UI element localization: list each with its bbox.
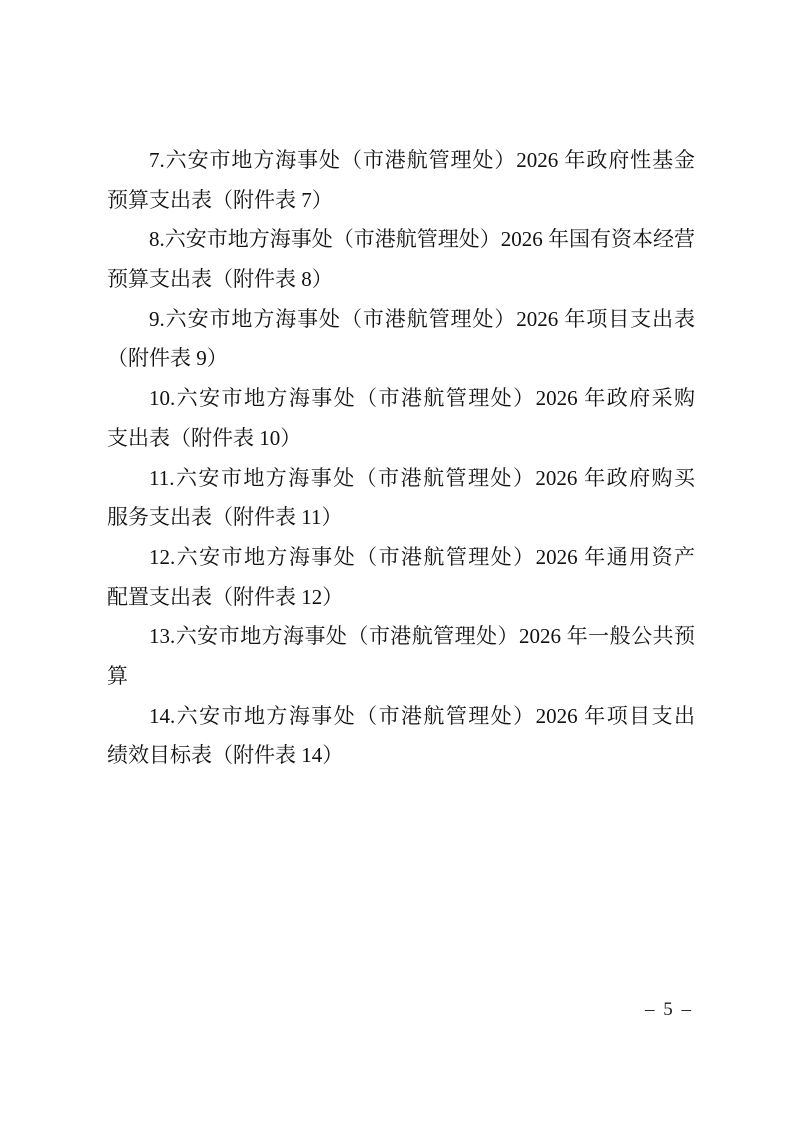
item-second-line: 预算支出表（附件表 8） xyxy=(107,260,695,300)
item-first-line: 7.六安市地方海事处（市港航管理处）2026 年政府性基金 xyxy=(107,141,695,181)
attachment-item-10: 10.六安市地方海事处（市港航管理处）2026 年政府采购 支出表（附件表 10… xyxy=(107,379,695,458)
item-second-line: 配置支出表（附件表 12） xyxy=(107,578,695,618)
page-number: – 5 – xyxy=(645,999,693,1021)
item-second-line: 服务支出表（附件表 11） xyxy=(107,498,695,538)
attachment-item-7: 7.六安市地方海事处（市港航管理处）2026 年政府性基金 预算支出表（附件表 … xyxy=(107,141,695,220)
item-first-line: 10.六安市地方海事处（市港航管理处）2026 年政府采购 xyxy=(107,379,695,419)
item-second-line: （附件表 9） xyxy=(107,339,695,379)
item-second-line: 预算支出表（附件表 7） xyxy=(107,181,695,221)
attachment-item-13: 13.六安市地方海事处（市港航管理处）2026 年一般公共预算 “三公”经费支出… xyxy=(107,617,695,696)
item-first-line: 14.六安市地方海事处（市港航管理处）2026 年项目支出 xyxy=(107,697,695,737)
attachment-item-11: 11.六安市地方海事处（市港航管理处）2026 年政府购买 服务支出表（附件表 … xyxy=(107,459,695,538)
item-first-line: 11.六安市地方海事处（市港航管理处）2026 年政府购买 xyxy=(107,459,695,499)
attachment-item-12: 12.六安市地方海事处（市港航管理处）2026 年通用资产 配置支出表（附件表 … xyxy=(107,538,695,617)
attachment-item-9: 9.六安市地方海事处（市港航管理处）2026 年项目支出表 （附件表 9） xyxy=(107,300,695,379)
item-second-line: 绩效目标表（附件表 14） xyxy=(107,736,695,776)
document-page: 7.六安市地方海事处（市港航管理处）2026 年政府性基金 预算支出表（附件表 … xyxy=(0,0,793,1122)
item-first-line: 12.六安市地方海事处（市港航管理处）2026 年通用资产 xyxy=(107,538,695,578)
item-first-line: 9.六安市地方海事处（市港航管理处）2026 年项目支出表 xyxy=(107,300,695,340)
item-second-line: 支出表（附件表 10） xyxy=(107,419,695,459)
item-first-line: 8.六安市地方海事处（市港航管理处）2026 年国有资本经营 xyxy=(107,220,695,260)
item-first-line: 13.六安市地方海事处（市港航管理处）2026 年一般公共预算 xyxy=(107,617,695,696)
attachment-item-8: 8.六安市地方海事处（市港航管理处）2026 年国有资本经营 预算支出表（附件表… xyxy=(107,220,695,299)
attachment-item-14: 14.六安市地方海事处（市港航管理处）2026 年项目支出 绩效目标表（附件表 … xyxy=(107,697,695,776)
attachment-table-list: 7.六安市地方海事处（市港航管理处）2026 年政府性基金 预算支出表（附件表 … xyxy=(107,141,695,776)
